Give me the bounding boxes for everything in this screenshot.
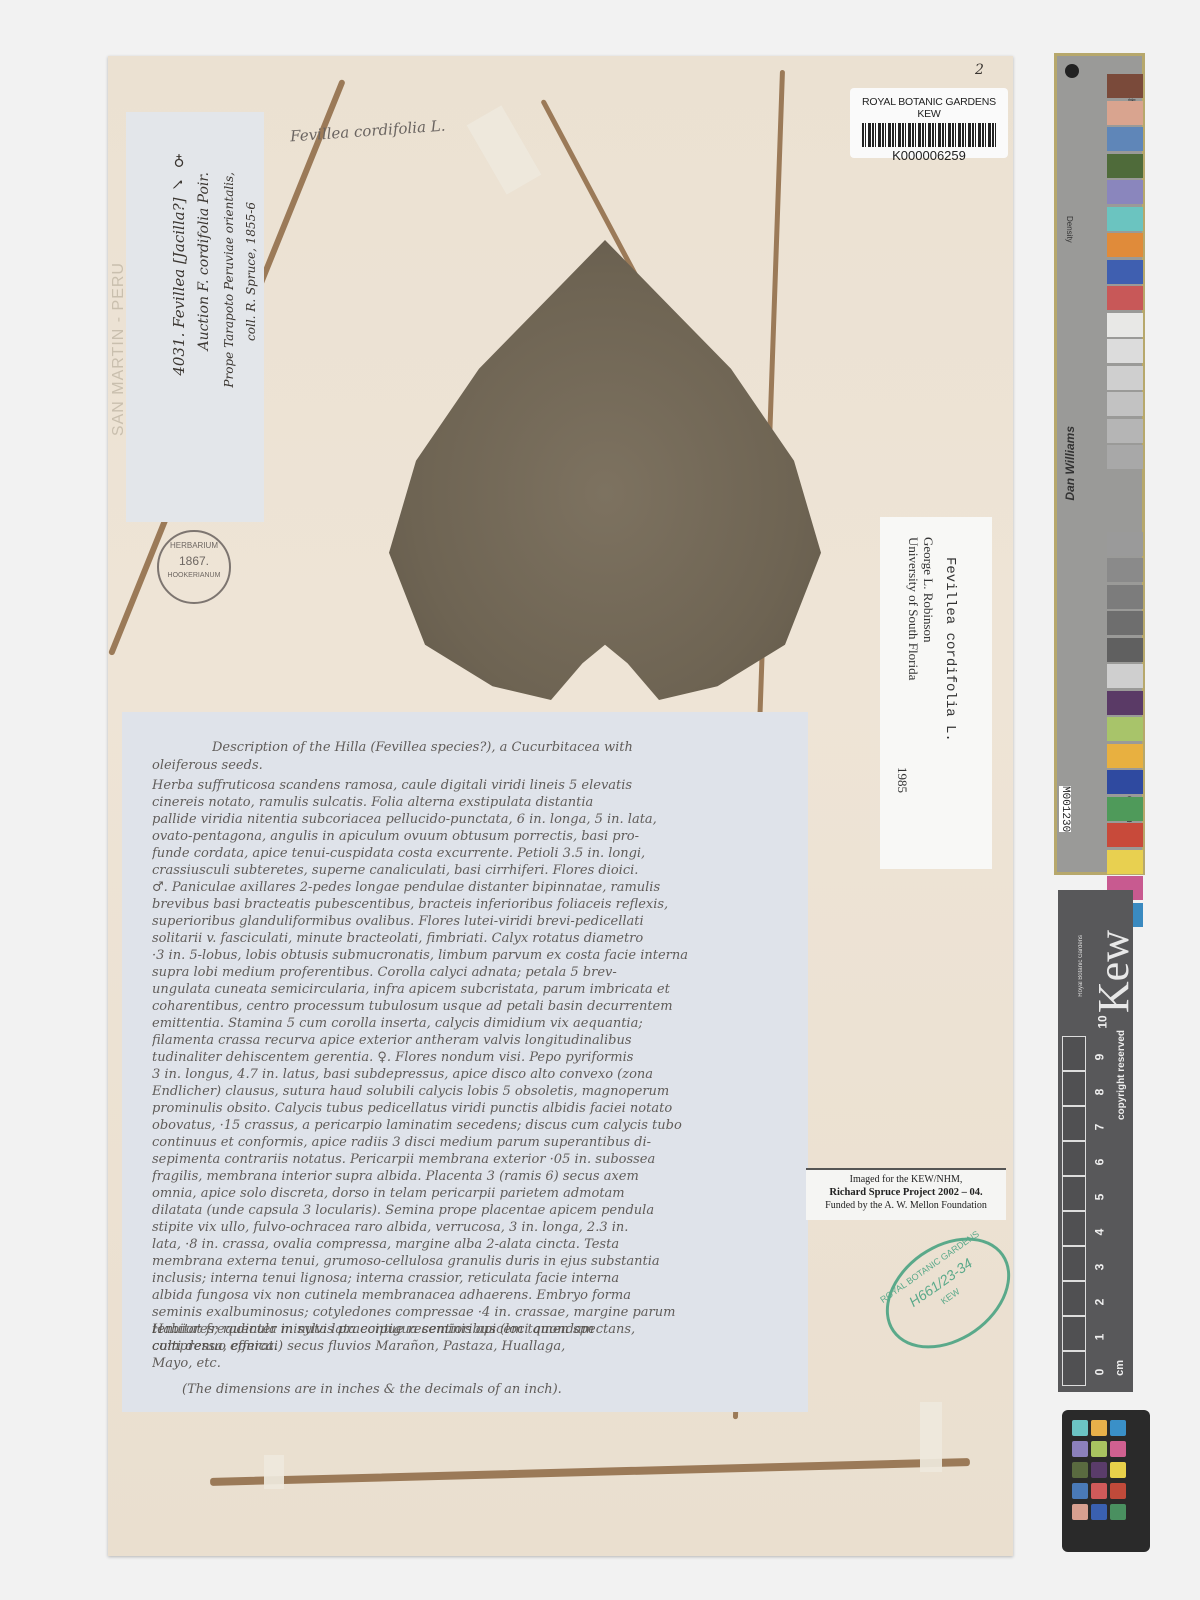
description-line: supra lobi medium proferentibus. Corolla… xyxy=(152,965,788,980)
description-line: brevibus basi bracteatis pubescentibus, … xyxy=(152,897,788,912)
description-line: Herba suffruticosa scandens ramosa, caul… xyxy=(152,778,788,793)
description-line: stipite vix ullo, fulvo-ochracea raro al… xyxy=(152,1220,788,1235)
barcode-label: ROYAL BOTANIC GARDENS KEW K000006259 xyxy=(850,88,1008,158)
chart-brand: Dan Williams xyxy=(1063,426,1077,501)
kew-copyright: copyright reserved xyxy=(1116,1030,1127,1120)
scale-segment xyxy=(1062,1106,1086,1141)
collector-line-4: coll. R. Spruce, 1855-6 xyxy=(244,202,258,341)
color-swatch xyxy=(1072,1420,1088,1436)
description-line: dilatata (unde capsula 3 locularis). Sem… xyxy=(152,1203,788,1218)
color-patch xyxy=(1107,127,1143,151)
barcode-image xyxy=(862,123,996,147)
scale-segment xyxy=(1062,1351,1086,1386)
color-swatch xyxy=(1091,1504,1107,1520)
collector-line-3: Prope Tarapoto Peruviae orientalis, xyxy=(222,172,236,388)
barcode-number: K000006259 xyxy=(850,148,1008,163)
color-patch xyxy=(1107,797,1143,821)
color-patch xyxy=(1107,823,1143,847)
color-patch xyxy=(1107,638,1143,662)
collector-line-1: 4031. Fevillea [Jacilla?] ✓ ♀ xyxy=(170,152,188,376)
color-patch xyxy=(1107,286,1143,310)
color-patch xyxy=(1107,233,1143,257)
kew-cm-scale: Kew Royal Botanic Gardens copyright rese… xyxy=(1058,890,1133,1392)
color-swatch xyxy=(1110,1504,1126,1520)
description-line: cinereis notato, ramulis sulcatis. Folia… xyxy=(152,795,788,810)
det-species: Fevillea cordifolia L. xyxy=(942,557,958,742)
color-swatch xyxy=(1110,1483,1126,1499)
kew-unit: cm xyxy=(1114,1360,1126,1376)
scale-tick-label: 9 xyxy=(1092,1054,1106,1061)
scale-tick-label: 6 xyxy=(1092,1159,1106,1166)
color-patch xyxy=(1107,154,1143,178)
scale-tick-label: 7 xyxy=(1092,1124,1106,1131)
imaged-line-2: Richard Spruce Project 2002 – 04. xyxy=(829,1187,982,1198)
color-patch xyxy=(1107,101,1143,125)
color-patch xyxy=(1107,585,1143,609)
kew-color-card xyxy=(1062,1410,1150,1552)
scale-tick-label: 8 xyxy=(1092,1089,1106,1096)
color-patch xyxy=(1107,717,1143,741)
description-line: albida fungosa vix non cutinela membrana… xyxy=(152,1288,788,1303)
description-line: pallide viridia nitentia subcoriacea pel… xyxy=(152,812,788,827)
description-line: sepimenta contrariis notatus. Pericarpii… xyxy=(152,1152,788,1167)
description-line: emittentia. Stamina 5 cum corolla insert… xyxy=(152,1016,788,1031)
scale-tick-label: 4 xyxy=(1092,1229,1106,1236)
description-footnote: (The dimensions are in inches & the deci… xyxy=(182,1382,788,1397)
color-swatch xyxy=(1110,1441,1126,1457)
description-sheet: Description of the Hilla (Fevillea speci… xyxy=(122,712,808,1412)
color-patch xyxy=(1107,770,1143,794)
color-patch xyxy=(1107,180,1143,204)
imaged-line-3: Funded by the A. W. Mellon Foundation xyxy=(806,1199,1006,1212)
color-patch xyxy=(1107,339,1143,363)
description-line: Endlicher) clausus, sutura haud solubili… xyxy=(152,1084,788,1099)
tape-strip xyxy=(920,1402,942,1472)
collector-line-2: Auction F. cordifolia Poir. xyxy=(196,172,212,351)
scale-segment xyxy=(1062,1036,1086,1071)
kew-subtitle: Royal Botanic Gardens xyxy=(1078,935,1084,997)
chart-density-label: Density xyxy=(1065,216,1074,243)
color-swatch xyxy=(1072,1504,1088,1520)
imaged-for-label: Imaged for the KEW/NHM, Richard Spruce P… xyxy=(806,1168,1006,1220)
description-line: ·3 in. 5-lobus, lobis obtusis submucrona… xyxy=(152,948,788,963)
description-line: prominulis obsito. Calycis tubus pedicel… xyxy=(152,1101,788,1116)
description-line: filamenta crassa recurva apice exterior … xyxy=(152,1033,788,1048)
color-swatch xyxy=(1091,1420,1107,1436)
scale-segment xyxy=(1062,1246,1086,1281)
color-patch xyxy=(1107,366,1143,390)
description-line: inclusis; interna tenui lignosa; interna… xyxy=(152,1271,788,1286)
color-patch xyxy=(1107,532,1143,556)
det-determiner-block: George L. Robinson University of South F… xyxy=(906,537,936,680)
color-swatch xyxy=(1072,1483,1088,1499)
color-swatch xyxy=(1110,1462,1126,1478)
color-patch xyxy=(1107,260,1143,284)
scale-segment xyxy=(1062,1211,1086,1246)
collector-label: 4031. Fevillea [Jacilla?] ✓ ♀ Auction F.… xyxy=(126,112,264,522)
imaged-line-1: Imaged for the KEW/NHM, xyxy=(806,1173,1006,1186)
color-patch xyxy=(1107,313,1143,337)
color-swatch xyxy=(1091,1441,1107,1457)
color-patch xyxy=(1107,744,1143,768)
description-line: solitarii v. fasciculati, minute bracteo… xyxy=(152,931,788,946)
color-swatch xyxy=(1091,1462,1107,1478)
habitat-line: culti denuo efferati) secus fluvios Mara… xyxy=(152,1339,788,1354)
color-patch xyxy=(1107,207,1143,231)
scale-tick-label: 10 xyxy=(1096,1015,1110,1028)
color-patch xyxy=(1107,392,1143,416)
color-patch xyxy=(1107,558,1143,582)
description-line: fragilis, membrana interior supra albida… xyxy=(152,1169,788,1184)
color-swatch xyxy=(1110,1420,1126,1436)
determination-label: Fevillea cordifolia L. George L. Robinso… xyxy=(880,517,992,869)
color-patch xyxy=(1107,419,1143,443)
scale-tick-label: 2 xyxy=(1092,1299,1106,1306)
scale-tick-label: 5 xyxy=(1092,1194,1106,1201)
tape-strip xyxy=(264,1455,284,1489)
det-determiner: George L. Robinson xyxy=(921,537,936,643)
scale-segment xyxy=(1062,1176,1086,1211)
description-line: crassiusculi subteretes, superne canalic… xyxy=(152,863,788,878)
color-patch xyxy=(1107,691,1143,715)
stamp-bottom-text: HOOKERIANUM xyxy=(159,572,229,579)
color-patch xyxy=(1107,850,1143,874)
description-line: ungulata cuneata semicircularia, infra a… xyxy=(152,982,788,997)
description-line: ♂. Paniculae axillares 2-pedes longae pe… xyxy=(152,880,788,895)
color-patch xyxy=(1107,611,1143,635)
description-line: omnia, apice solo discreta, dorso in tel… xyxy=(152,1186,788,1201)
description-line: membrana externa tenui, grumoso-cellulos… xyxy=(152,1254,788,1269)
corner-mark: 2 xyxy=(975,62,984,78)
description-line: coharentibus, centro processum tubulosum… xyxy=(152,999,788,1014)
scale-tick-label: 1 xyxy=(1092,1334,1106,1341)
description-line: 3 in. longus, 4.7 in. latus, basi subdep… xyxy=(152,1067,788,1082)
kew-logo-text: Kew xyxy=(1088,930,1139,1013)
herbarium-hookerianum-stamp: HERBARIUM 1867. HOOKERIANUM xyxy=(157,530,231,604)
scale-segment xyxy=(1062,1281,1086,1316)
description-line: ovato-pentagona, angulis in apiculum ovu… xyxy=(152,829,788,844)
scale-segment xyxy=(1062,1071,1086,1106)
description-line: continuus et conformis, apice radiis 3 d… xyxy=(152,1135,788,1150)
color-patch xyxy=(1107,445,1143,469)
description-line: seminis exalbuminosus; cotyledones compr… xyxy=(152,1305,788,1320)
barcode-institution: ROYAL BOTANIC GARDENS KEW xyxy=(850,96,1008,120)
description-line: obovatus, ·15 crassus, a pericarpio lami… xyxy=(152,1118,788,1133)
chart-id: M001230 xyxy=(1059,786,1071,832)
scale-tick-label: 3 xyxy=(1092,1264,1106,1271)
chart-dot xyxy=(1065,64,1079,78)
det-year: 1985 xyxy=(894,767,910,793)
scale-tick-label: 0 xyxy=(1092,1369,1106,1376)
color-calibration-chart: inches centimeters Dan Williams M001230 … xyxy=(1054,53,1145,875)
color-patch xyxy=(1107,74,1143,98)
det-institution: University of South Florida xyxy=(906,537,921,680)
description-line: lata, ·8 in. crassa, ovalia compressa, m… xyxy=(152,1237,788,1252)
description-line: funde cordata, apice tenui-cuspidata cos… xyxy=(152,846,788,861)
habitat-line: Mayo, etc. xyxy=(152,1356,788,1371)
description-line: superioribus glanduliformibus ovalibus. … xyxy=(152,914,788,929)
scale-segment xyxy=(1062,1316,1086,1351)
scale-segment xyxy=(1062,1141,1086,1176)
color-patch xyxy=(1107,664,1143,688)
stamp-top-text: HERBARIUM xyxy=(159,541,229,550)
color-swatch xyxy=(1072,1441,1088,1457)
description-title: Description of the Hilla (Fevillea speci… xyxy=(212,740,788,755)
stamp-year: 1867. xyxy=(159,554,229,568)
description-title-2: oleiferous seeds. xyxy=(152,758,788,773)
habitat-line: Habitat frequenter in sylvis praecipue r… xyxy=(152,1322,788,1337)
description-line: tudinaliter dehiscentem gerentia. ♀. Flo… xyxy=(152,1050,788,1065)
color-swatch xyxy=(1072,1462,1088,1478)
color-swatch xyxy=(1091,1483,1107,1499)
